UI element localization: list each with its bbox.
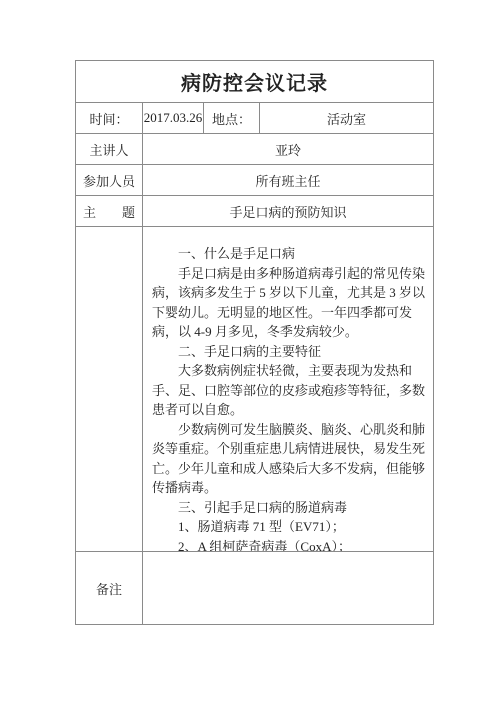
page-title: 病防控会议记录 — [76, 61, 433, 102]
meeting-content: 一、什么是手足口病手足口病是由多种肠道病毒引起的常见传染病，该病多发生于 5 岁… — [142, 227, 433, 551]
meeting-record-table: 病防控会议记录 时间： 2017.03.26 地点： 活动室 主讲人 亚玲 参加… — [75, 60, 434, 625]
speaker-row: 主讲人 亚玲 — [76, 133, 433, 164]
participants-row: 参加人员 所有班主任 — [76, 164, 433, 195]
content-paragraph: 三、引起手足口病的肠道病毒 — [152, 498, 425, 518]
document-page: 病防控会议记录 时间： 2017.03.26 地点： 活动室 主讲人 亚玲 参加… — [0, 0, 500, 708]
content-paragraph: 1、肠道病毒 71 型（EV71）； — [152, 517, 425, 537]
content-paragraph: 二、手足口病的主要特征 — [152, 342, 425, 362]
content-label-cell — [76, 227, 142, 551]
title-row: 病防控会议记录 — [76, 61, 433, 102]
remark-value-cell — [142, 552, 433, 624]
place-value: 活动室 — [259, 103, 433, 133]
content-paragraph: 一、什么是手足口病 — [152, 244, 425, 264]
time-value: 2017.03.26 — [142, 103, 203, 133]
content-paragraph: 少数病例可发生脑膜炎、脑炎、心肌炎和肺炎等重症。个别重症患儿病情进展快，易发生死… — [152, 420, 425, 498]
time-place-row: 时间： 2017.03.26 地点： 活动室 — [76, 102, 433, 133]
content-paragraph: 手足口病是由多种肠道病毒引起的常见传染病，该病多发生于 5 岁以下儿童，尤其是 … — [152, 264, 425, 342]
remark-label: 备注 — [76, 552, 142, 624]
topic-label: 主 题 — [76, 196, 142, 226]
content-row: 一、什么是手足口病手足口病是由多种肠道病毒引起的常见传染病，该病多发生于 5 岁… — [76, 226, 433, 551]
speaker-label: 主讲人 — [76, 134, 142, 164]
remark-row: 备注 — [76, 551, 433, 624]
speaker-value: 亚玲 — [142, 134, 433, 164]
participants-label: 参加人员 — [76, 165, 142, 195]
place-label: 地点： — [203, 103, 259, 133]
participants-value: 所有班主任 — [142, 165, 433, 195]
topic-value: 手足口病的预防知识 — [142, 196, 433, 226]
time-label: 时间： — [76, 103, 142, 133]
topic-row: 主 题 手足口病的预防知识 — [76, 195, 433, 226]
content-paragraph: 大多数病例症状轻微，主要表现为发热和手、足、口腔等部位的皮疹或疱疹等特征，多数患… — [152, 361, 425, 420]
content-paragraph: 2、A 组柯萨奇病毒（CoxA）； — [152, 537, 425, 552]
